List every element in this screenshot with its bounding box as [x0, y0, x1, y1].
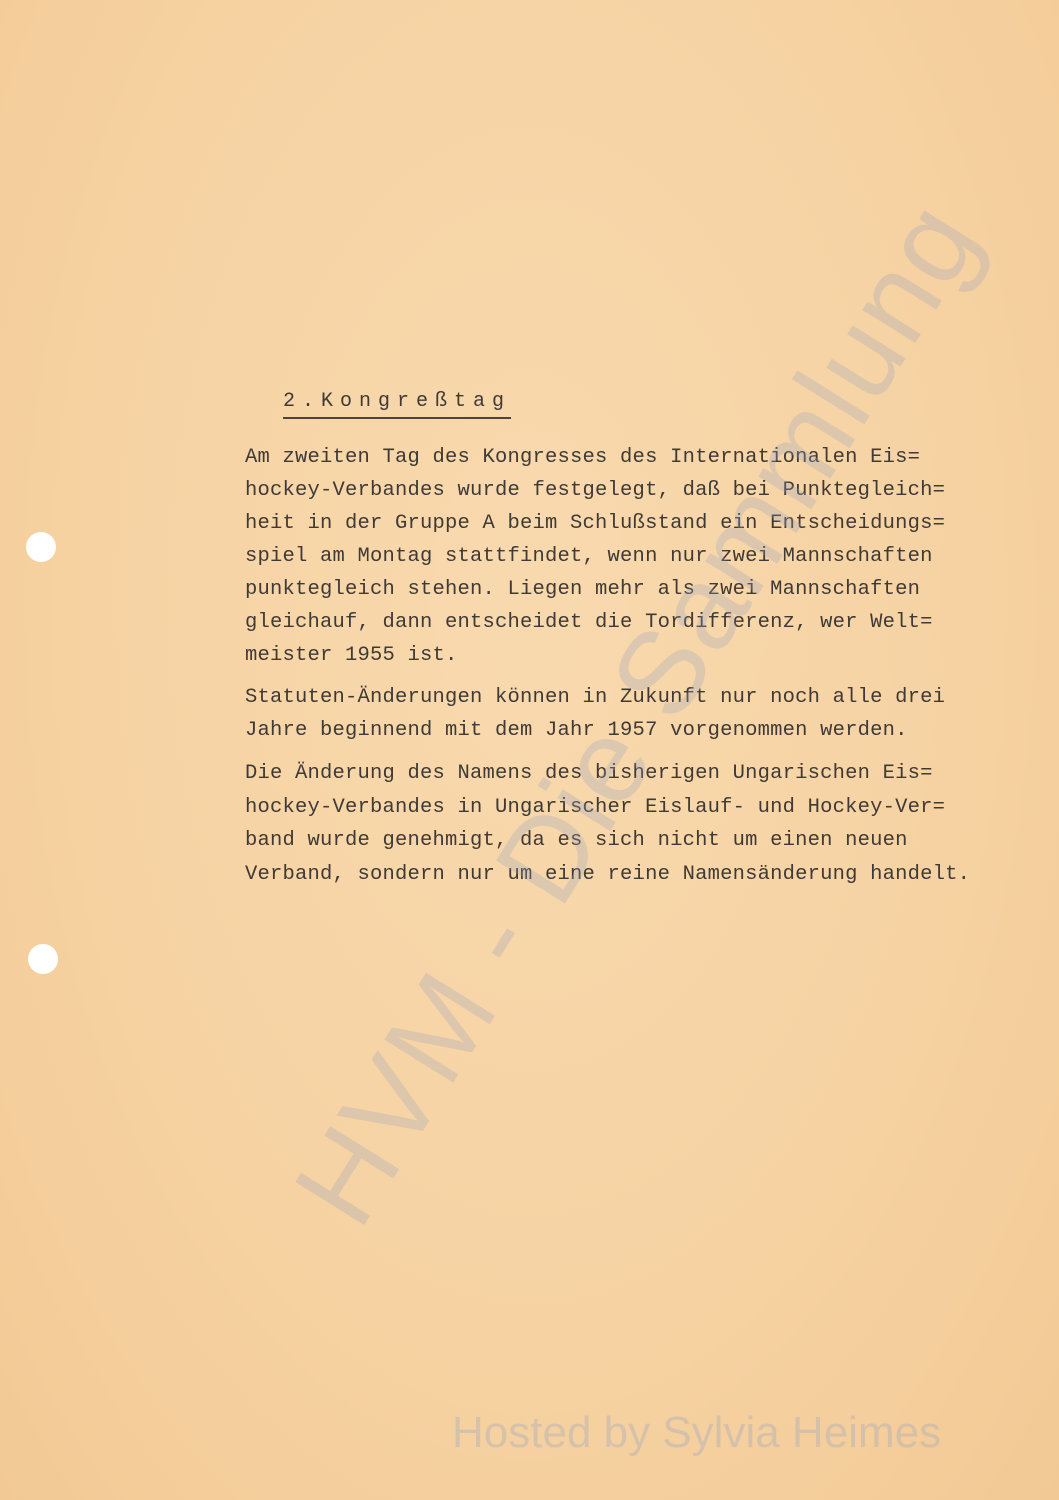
hosted-by-watermark: Hosted by Sylvia Heimes	[452, 1408, 941, 1458]
punch-hole-bottom	[28, 944, 58, 974]
document-heading: 2.Kongreßtag	[283, 388, 511, 419]
punch-hole-top	[26, 532, 56, 562]
